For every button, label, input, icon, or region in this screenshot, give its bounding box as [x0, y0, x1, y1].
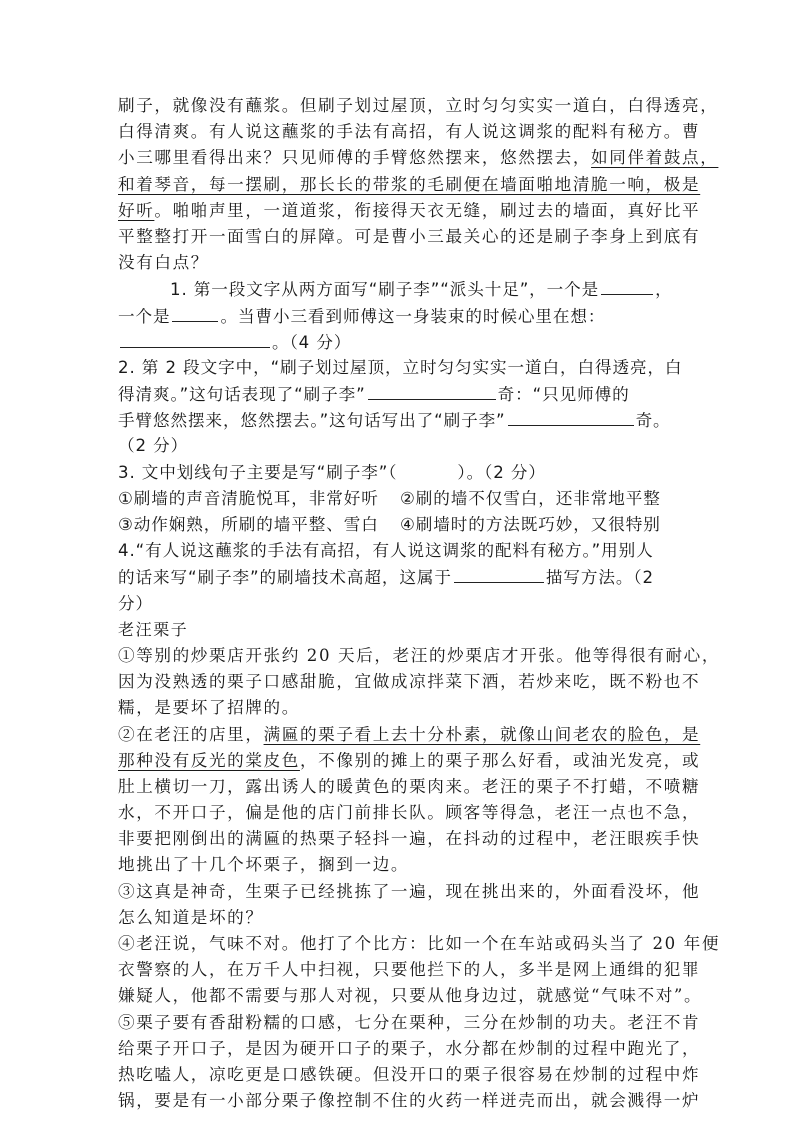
question-text: 一个是: [118, 307, 170, 326]
passage-line: 和着琴音，每一摆刷，那长长的带浆的毛刷便在墙面啪地清脆一响，极是: [118, 172, 676, 198]
passage-shuazili: 刷子，就像没有蘸浆。但刷子划过屋顶，立时匀匀实实一道白，白得透亮， 白得清爽。有…: [118, 93, 676, 276]
answer-blank[interactable]: [601, 276, 653, 295]
option-4: ④刷墙时的方法既巧妙，又很特别: [400, 512, 661, 538]
question-text: 2. 第 2 段文字中，“刷子划过屋顶，立时匀匀实实一道白，白得透亮，白: [118, 355, 676, 381]
passage-line: 好听。啪啪声里，一道道浆，衔接得天衣无缝，刷过去的墙面，真好比平: [118, 198, 676, 224]
passage-line: 因为没熟透的栗子口感甜脆，宜做成凉拌菜下酒，若炒来吃，既不粉也不: [118, 669, 676, 695]
passage-line: 刷子，就像没有蘸浆。但刷子划过屋顶，立时匀匀实实一道白，白得透亮，: [118, 93, 676, 119]
underlined-sentence: 好听: [118, 201, 154, 220]
punctuation: ，: [655, 280, 673, 299]
option-3: ③动作娴熟，所刷的墙平整、雪白: [118, 512, 400, 538]
passage-line: 地挑出了十几个坏栗子，搁到一边。: [118, 852, 676, 878]
underlined-sentence: 满匾的栗子看上去十分朴素，就像山间老农的脸色，是: [264, 725, 701, 744]
passage-line: ④老汪说，气味不对。他打了个比方：比如一个在车站或码头当了 20 年便: [118, 931, 676, 957]
answer-blank[interactable]: [172, 303, 218, 322]
question-2: 2. 第 2 段文字中，“刷子划过屋顶，立时匀匀实实一道白，白得透亮，白 得清爽…: [118, 355, 676, 460]
question-text: 奇。: [636, 411, 671, 430]
question-text: 描写方法。（2: [546, 568, 654, 587]
question-4: 4.“有人说这蘸浆的手法有高招，有人说这调浆的配料有秘方。”用别人 的话来写“刷…: [118, 538, 676, 617]
question-text: 手臂悠然摆来，悠然摆去。”这句话写出了“刷子李”: [118, 411, 506, 430]
passage-line: 非要把刚倒出的满匾的热栗子轻抖一遍，在抖动的过程中，老汪眼疾手快: [118, 826, 676, 852]
passage-line: 嫌疑人，他都不需要与那人对视，只要从他身边过，就感觉“气味不对”。: [118, 983, 676, 1009]
question-1: 1. 第一段文字从两方面写“刷子李”“派头十足”，一个是， 一个是。当曹小三看到…: [118, 276, 676, 355]
answer-blank[interactable]: [120, 329, 270, 348]
passage-line: 热吃嗑人，凉吃更是口感铁硬。但没开口的栗子很容易在炒制的过程中炸: [118, 1062, 676, 1088]
score-label: （2 分）: [118, 433, 676, 459]
underlined-sentence: 和着琴音，每一摆刷，那长长的带浆的毛刷便在墙面啪地清脆一响，极是: [118, 175, 700, 194]
score-label: 。（4 分）: [272, 333, 351, 352]
plain-text: 小三哪里看得出来？只见师傅的手臂悠然摆来，悠然摆去，: [118, 148, 591, 167]
passage-line: ②在老汪的店里，满匾的栗子看上去十分朴素，就像山间老农的脸色，是: [118, 722, 676, 748]
plain-text: ，不像别的摊上的栗子那么好看，或油光发亮，或: [300, 751, 700, 770]
passage-line: 怎么知道是坏的？: [118, 905, 676, 931]
document-page: 刷子，就像没有蘸浆。但刷子划过屋顶，立时匀匀实实一道白，白得透亮， 白得清爽。有…: [118, 93, 676, 1114]
question-text: 1. 第一段文字从两方面写“刷子李”“派头十足”，一个是: [170, 280, 599, 299]
passage-line: 小三哪里看得出来？只见师傅的手臂悠然摆来，悠然摆去，如同伴着鼓点，: [118, 145, 676, 171]
question-3: 3. 文中划线句子主要是写“刷子李”（）。（2 分） ①刷墙的声音清脆悦耳，非常…: [118, 460, 676, 539]
passage-line: 平整整打开一面雪白的屏障。可是曹小三最关心的还是刷子李身上到底有: [118, 224, 676, 250]
answer-blank[interactable]: [368, 381, 496, 400]
passage-line: 衣警察的人，在万千人中扫视，只要他拦下的人，多半是网上通缉的犯罪: [118, 957, 676, 983]
passage-line: 糯，是要坏了招牌的。: [118, 695, 676, 721]
option-1: ①刷墙的声音清脆悦耳，非常好听: [118, 486, 400, 512]
underlined-sentence: 那种没有反光的棠皮色: [118, 751, 300, 770]
passage-line: 白得清爽。有人说这蘸浆的手法有高招，有人说这调浆的配料有秘方。曹: [118, 119, 676, 145]
question-text: 的话来写“刷子李”的刷墙技术高超，这属于: [118, 568, 452, 587]
score-label: ）。（2 分）: [457, 463, 546, 482]
passage-line: 锅，要是有一小部分栗子像控制不住的火药一样迸壳而出，就会溅得一炉: [118, 1088, 676, 1114]
passage-line: ⑤栗子要有香甜粉糯的口感，七分在栗种，三分在炒制的功夫。老汪不肯: [118, 1010, 676, 1036]
passage-line: 那种没有反光的棠皮色，不像别的摊上的栗子那么好看，或油光发亮，或: [118, 748, 676, 774]
question-text: 得清爽。”这句话表现了“刷子李”: [118, 385, 366, 404]
passage-line: 水，不开口子，偏是他的店门前排长队。顾客等得急，老汪一点也不急，: [118, 800, 676, 826]
plain-text: 。啪啪声里，一道道浆，衔接得天衣无缝，刷过去的墙面，真好比平: [154, 201, 700, 220]
question-text: 。当曹小三看到师傅这一身装束的时候心里在想：: [220, 307, 605, 326]
option-2: ②刷的墙不仅雪白，还非常地平整: [400, 486, 661, 512]
passage-line: 没有白点？: [118, 250, 676, 276]
passage-line: 给栗子开口子，是因为硬开口子的栗子，水分都在炒制的过程中跑光了，: [118, 1036, 676, 1062]
score-label: 分）: [118, 591, 676, 617]
answer-blank[interactable]: [454, 564, 544, 583]
plain-text: ②在老汪的店里，: [118, 725, 264, 744]
answer-blank[interactable]: [508, 407, 634, 426]
question-text: 奇：“只见师傅的: [498, 385, 630, 404]
question-text: 4.“有人说这蘸浆的手法有高招，有人说这调浆的配料有秘方。”用别人: [118, 538, 676, 564]
passage-line: ③这真是神奇，生栗子已经挑拣了一遍，现在挑出来的，外面看没坏，他: [118, 879, 676, 905]
question-text: 3. 文中划线句子主要是写“刷子李”（: [118, 463, 397, 482]
passage-line: 肚上横切一刀，露出诱人的暖黄色的栗肉来。老汪的栗子不打蜡，不喷糖: [118, 774, 676, 800]
passage-title: 老汪栗子: [118, 617, 676, 643]
passage-laowang-lizi: 老汪栗子 ①等别的炒栗店开张约 20 天后，老汪的炒栗店才开张。他等得很有耐心，…: [118, 617, 676, 1115]
passage-line: ①等别的炒栗店开张约 20 天后，老汪的炒栗店才开张。他等得很有耐心，: [118, 643, 676, 669]
underlined-sentence: 如同伴着鼓点，: [591, 148, 718, 167]
